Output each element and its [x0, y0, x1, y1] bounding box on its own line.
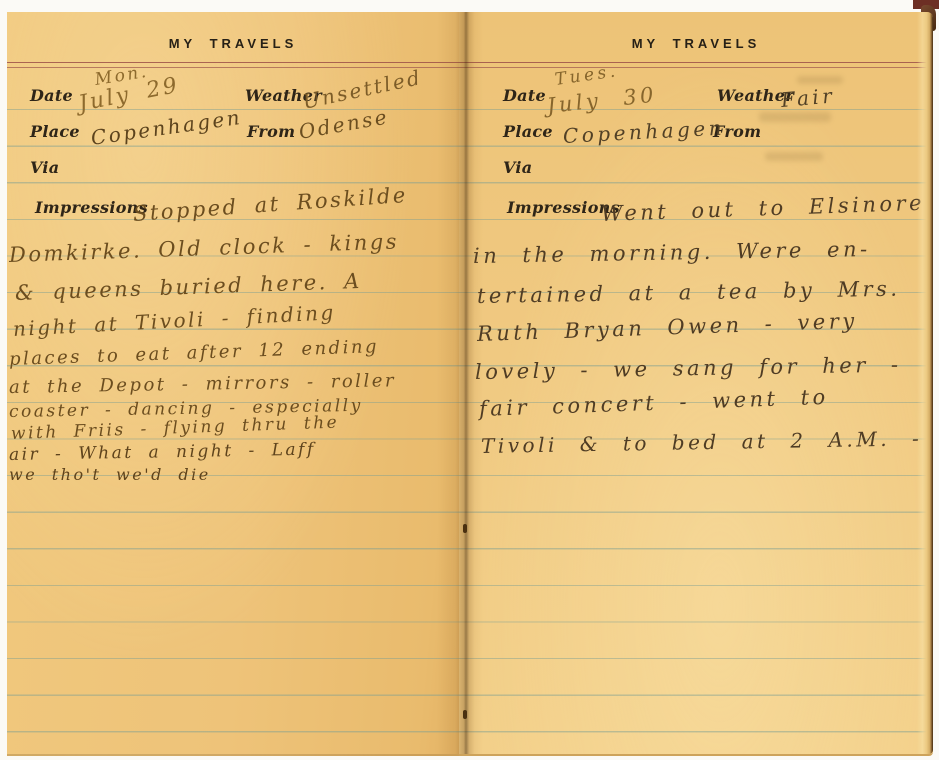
diary-page-right: MY TRAVELS Date Weather Place From Via I…: [459, 12, 933, 756]
impressions-line: Domkirke. Old clock - kings: [9, 229, 400, 267]
impressions-line: in the morning. Were en-: [473, 237, 871, 268]
page-title: MY TRAVELS: [7, 36, 459, 51]
weather-value: Unsettled: [301, 65, 425, 114]
impressions-line: fair concert - went to: [479, 385, 830, 421]
binding-stitch: [463, 524, 467, 533]
page-title: MY TRAVELS: [459, 36, 933, 51]
page-edge-shadow: [917, 12, 933, 754]
weather-value: Fair: [780, 83, 836, 112]
place-value: Copenhagen: [89, 105, 243, 150]
via-label: Via: [30, 158, 59, 177]
header-divider-rule: [7, 62, 459, 68]
impressions-line: Stopped at Roskilde: [132, 183, 408, 226]
impressions-line: Tivoli & to bed at 2 A.M. -: [481, 426, 923, 458]
impressions-line: we tho't we'd die: [9, 465, 211, 484]
date-label: Date: [503, 86, 546, 105]
bleed-through-mark: [759, 112, 831, 122]
date-label: Date: [30, 86, 73, 105]
header-divider-rule: [459, 62, 933, 68]
impressions-line: lovely - we sang for her -: [475, 353, 902, 384]
from-label: From: [247, 122, 295, 141]
impressions-line: places to eat after 12 ending: [9, 336, 380, 370]
bleed-through-mark: [797, 76, 843, 84]
impressions-line: Went out to Elsinore: [601, 191, 926, 226]
bleed-through-mark: [765, 152, 823, 161]
binding-stitch: [463, 710, 467, 719]
diary-page-left: MY TRAVELS Date Weather Place From Via I…: [7, 12, 459, 756]
impressions-line: air - What a night - Laff: [9, 440, 316, 465]
impressions-line: Ruth Bryan Owen - very: [477, 309, 858, 346]
diary-scan: MY TRAVELS Date Weather Place From Via I…: [0, 0, 939, 760]
impressions-line: night at Tivoli - finding: [12, 300, 336, 341]
place-value: Copenhagen: [562, 116, 725, 148]
place-label: Place: [503, 122, 553, 141]
open-diary: MY TRAVELS Date Weather Place From Via I…: [7, 12, 933, 754]
impressions-line: tertained at a tea by Mrs.: [477, 277, 901, 308]
place-label: Place: [30, 122, 80, 141]
impressions-label: Impressions: [35, 198, 148, 217]
impressions-line: & queens buried here. A: [15, 269, 363, 305]
impressions-line: at the Depot - mirrors - roller: [9, 370, 396, 398]
via-label: Via: [503, 158, 532, 177]
